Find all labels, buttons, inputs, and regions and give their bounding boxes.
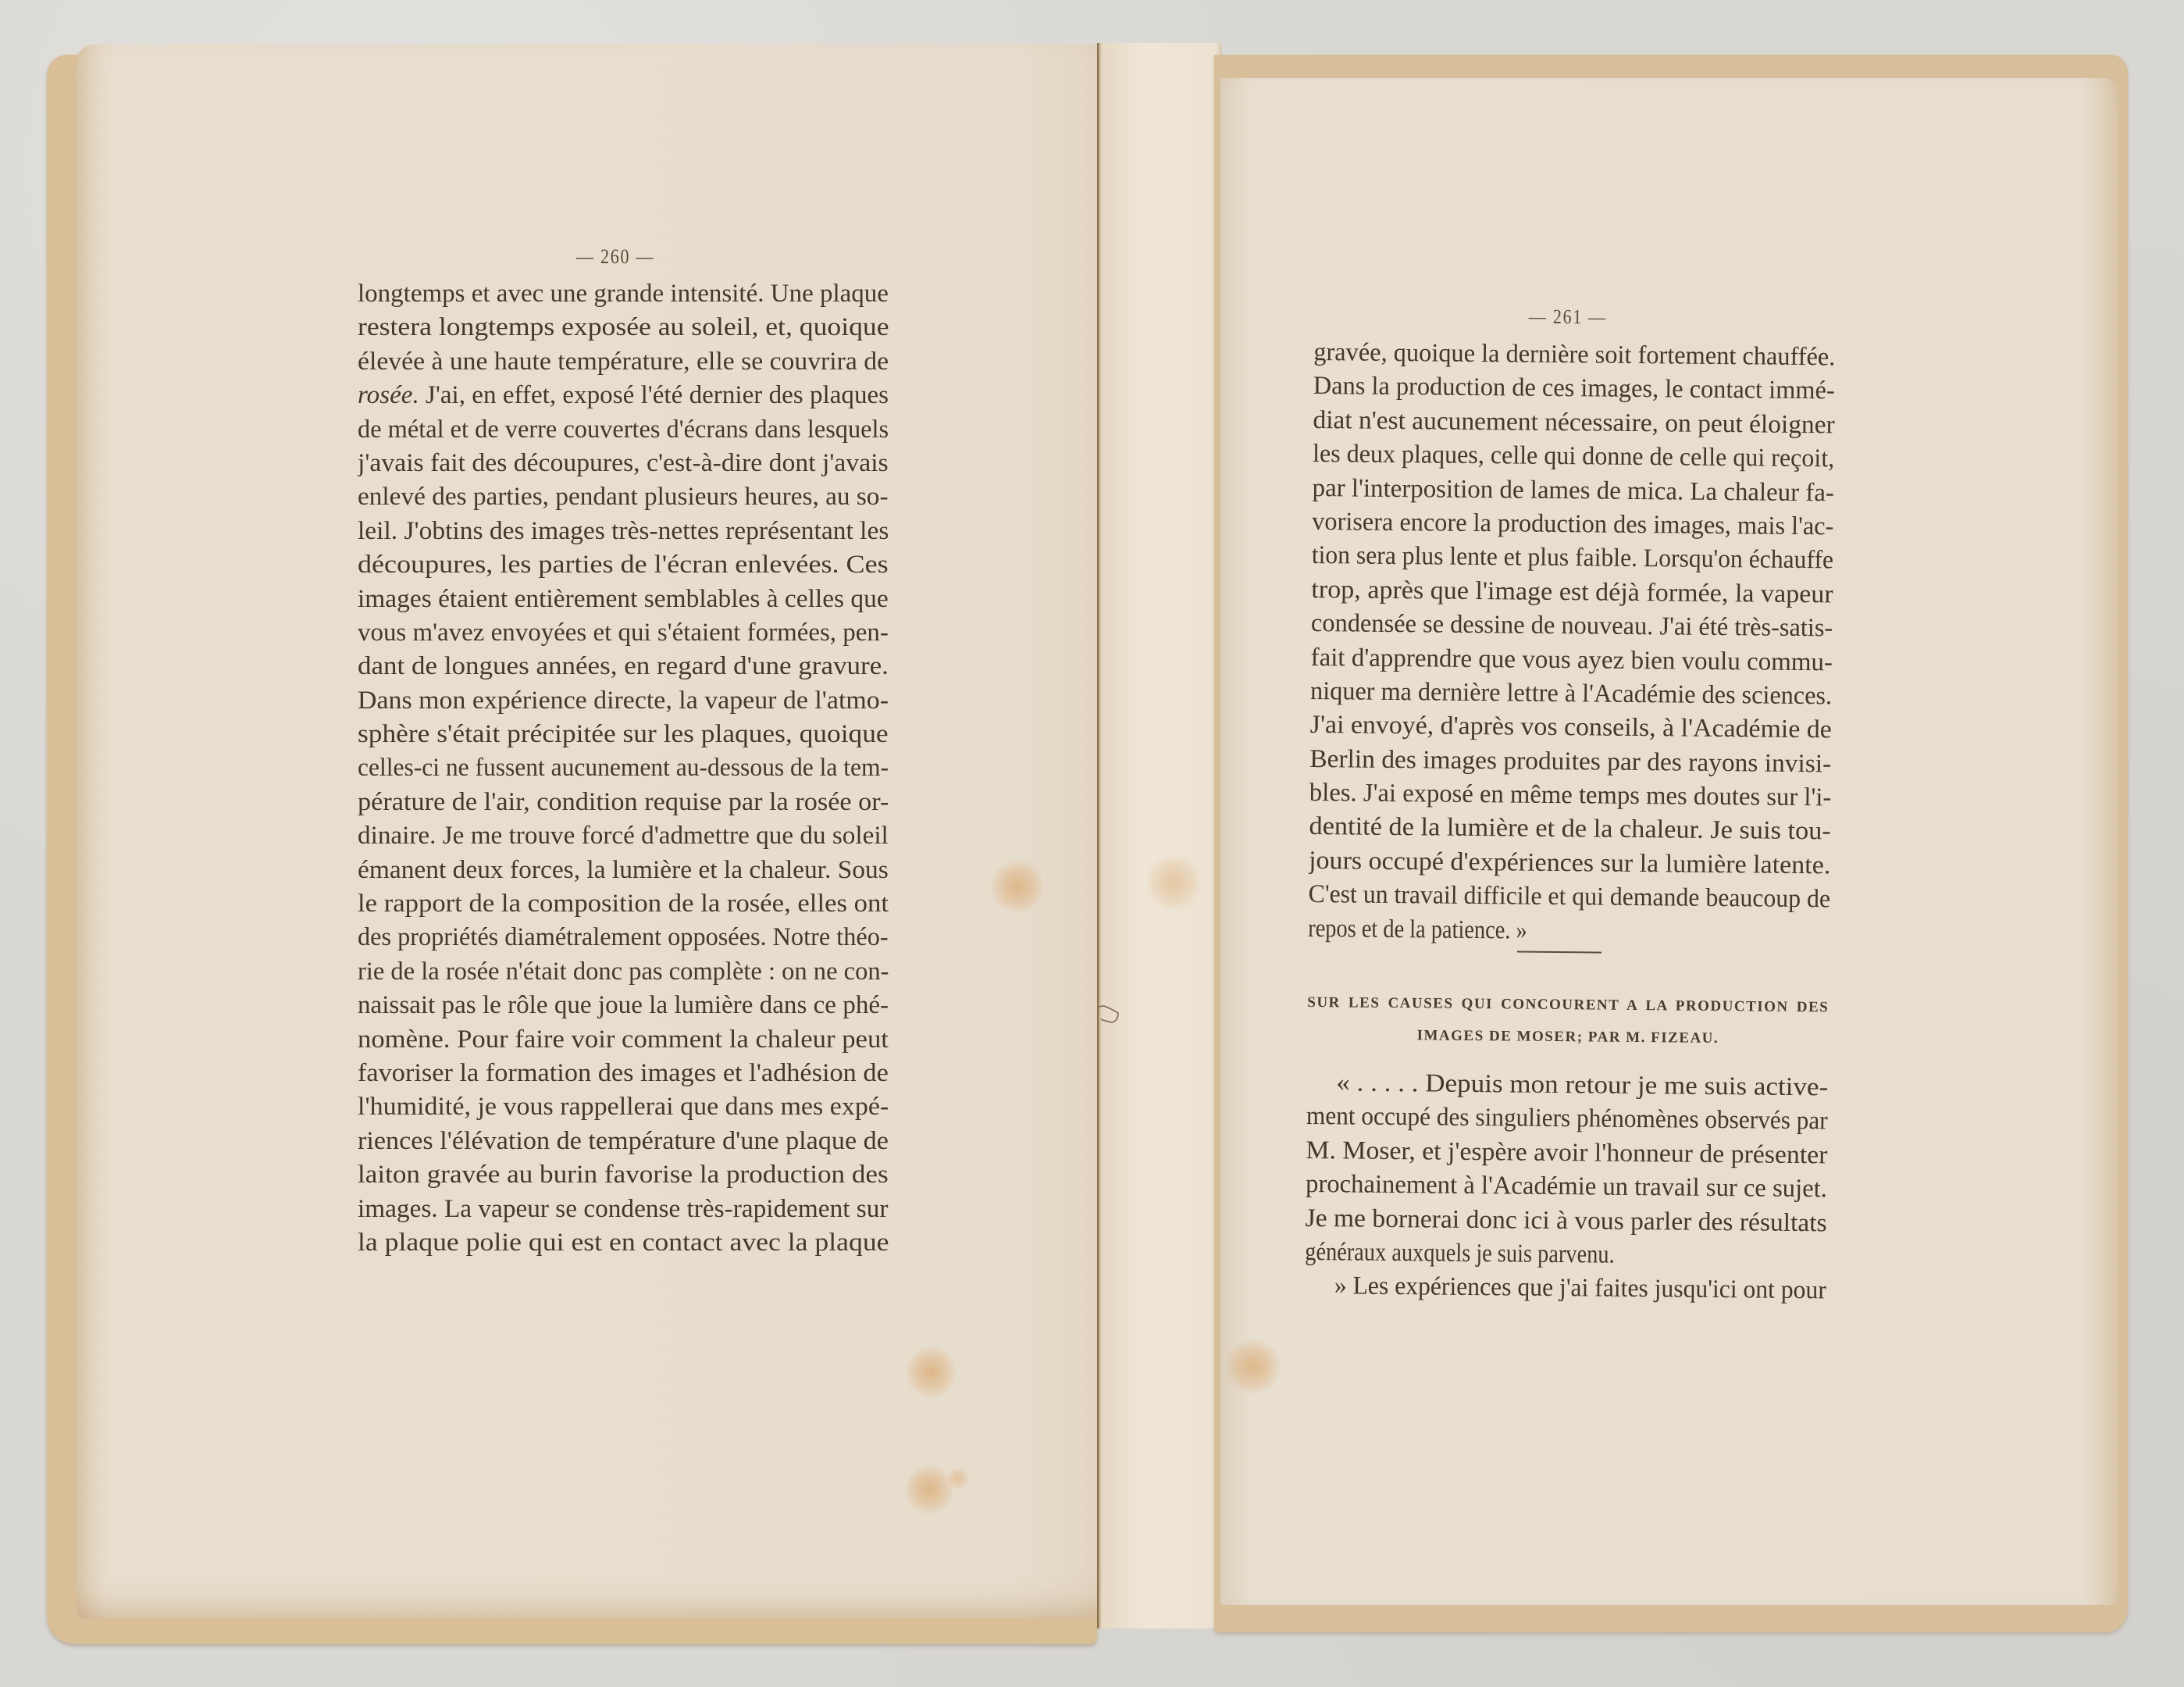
text-line: dentité de la lumière et de la chaleur. …: [1309, 810, 1830, 849]
text-line: images étaient entièrement semblables à …: [358, 583, 889, 616]
page-number-right: — 261 —: [1529, 305, 1608, 330]
text-line: Dans la production de ces images, le con…: [1313, 369, 1835, 408]
text-line-with-italic: rosée. J'ai, en effet, exposé l'été dern…: [358, 379, 889, 412]
text-line: trop, après que l'image est déjà formée,…: [1311, 573, 1833, 612]
text-line: M. Moser, et j'espère avoir l'honneur de…: [1306, 1134, 1827, 1173]
text-line: « . . . . . Depuis mon retour je me suis…: [1306, 1066, 1828, 1105]
text-line: laiton gravée au burin favorise la produ…: [358, 1158, 889, 1192]
text-line: l'humidité, je vous rappellerai que dans…: [358, 1090, 889, 1124]
text-line: émanent deux forces, la lumière et la ch…: [358, 854, 889, 887]
text-line: Je me bornerai donc ici à vous parler de…: [1305, 1202, 1826, 1241]
text-line: niquer ma dernière lettre à l'Académie d…: [1310, 675, 1832, 714]
text-line: » Les expériences que j'ai faites jusqu'…: [1305, 1269, 1826, 1308]
text-line: des propriétés diamétralement opposées. …: [358, 921, 889, 954]
right-page-content: — 261 — gravée, quoique la dernière soit…: [1305, 297, 1837, 1317]
section-heading-line-1: SUR LES CAUSES QUI CONCOURENT A LA PRODU…: [1307, 994, 1829, 1016]
text-line: leil. J'obtins des images très-nettes re…: [358, 515, 889, 548]
text-line-rest: J'ai, en effet, exposé l'été dernier des…: [419, 381, 889, 409]
text-line: élevée à une haute température, elle se …: [358, 345, 889, 379]
section-heading-line-2: IMAGES DE MOSER; PAR M. FIZEAU.: [1307, 1026, 1829, 1048]
foxing-stain: [906, 1462, 953, 1517]
text-line: le rapport de la composition de la rosée…: [358, 887, 889, 921]
text-line: dant de longues années, en regard d'une …: [358, 650, 889, 683]
text-line: la plaque polie qui est en contact avec …: [358, 1226, 889, 1260]
text-line: prochainement à l'Académie un travail su…: [1306, 1168, 1827, 1207]
right-page-body: gravée, quoique la dernière soit forteme…: [1308, 336, 1835, 950]
text-line: condensée se dessine de nouveau. J'ai ét…: [1311, 607, 1833, 646]
text-line: C'est un travail difficile et qui demand…: [1308, 878, 1830, 917]
section-separator-rule: [1517, 951, 1601, 954]
text-line: sphère s'était précipitée sur les plaque…: [358, 718, 889, 751]
text-line: tion sera plus lente et plus faible. Lor…: [1312, 539, 1833, 578]
section-body: « . . . . . Depuis mon retour je me suis…: [1305, 1066, 1829, 1308]
left-page-body: longtemps et avec une grande intensité. …: [358, 277, 889, 1260]
text-line: celles-ci ne fussent aucunement au-desso…: [358, 751, 889, 785]
text-line: pérature de l'air, condition requise par…: [358, 786, 889, 819]
text-line: images. La vapeur se condense très-rapid…: [358, 1193, 889, 1226]
text-line: jours occupé d'expériences sur la lumièr…: [1309, 844, 1830, 883]
page-number-left: — 260 —: [576, 245, 654, 269]
text-line: de métal et de verre couvertes d'écrans …: [358, 413, 889, 447]
foxing-stain: [946, 1467, 970, 1490]
text-line: généraux auxquels je suis parvenu.: [1305, 1236, 1826, 1275]
text-line: dinaire. Je me trouve forcé d'admettre q…: [358, 819, 889, 853]
text-line: rie de la rosée n'était donc pas complèt…: [358, 955, 889, 989]
text-line: gravée, quoique la dernière soit forteme…: [1313, 336, 1835, 375]
text-line: enlevé des parties, pendant plusieurs he…: [358, 480, 889, 514]
text-line: naissait pas le rôle que joue la lumière…: [358, 989, 889, 1022]
text-line: découpures, les parties de l'écran enlev…: [358, 548, 889, 582]
text-line: les deux plaques, celle qui donne de cel…: [1313, 437, 1834, 476]
text-line: longtemps et avec une grande intensité. …: [358, 277, 889, 311]
binding-thread-icon: [1096, 1004, 1120, 1027]
text-line: riences l'élévation de température d'une…: [358, 1125, 889, 1158]
text-line: repos et de la patience. »: [1308, 912, 1830, 951]
text-line: j'avais fait des découpures, c'est-à-dir…: [358, 447, 889, 480]
text-line: vorisera encore la production des images…: [1312, 505, 1833, 544]
text-line: Berlin des images produites par des rayo…: [1309, 743, 1831, 782]
text-line: nomène. Pour faire voir comment la chale…: [358, 1023, 889, 1057]
text-line: vous m'avez envoyées et qui s'étaient fo…: [358, 616, 889, 650]
text-line: ment occupé des singuliers phénomènes ob…: [1306, 1100, 1828, 1139]
text-line: bles. J'ai exposé en même temps mes dout…: [1309, 776, 1831, 815]
text-line: favoriser la formation des images et l'a…: [358, 1057, 889, 1090]
foxing-stain: [1226, 1337, 1281, 1396]
foxing-stain: [906, 1345, 957, 1400]
text-line: Dans mon expérience directe, la vapeur d…: [358, 684, 889, 718]
text-line: par l'interposition de lames de mica. La…: [1312, 472, 1833, 511]
italic-word: rosée.: [358, 381, 419, 409]
text-line: diat n'est aucunement nécessaire, on peu…: [1313, 404, 1834, 443]
text-line: fait d'apprendre que vous ayez bien voul…: [1310, 640, 1832, 679]
text-line: restera longtemps exposée au soleil, et,…: [358, 311, 889, 344]
foxing-stain: [1144, 855, 1202, 910]
text-line: J'ai envoyé, d'après vos conseils, à l'A…: [1310, 708, 1832, 747]
book-gutter-spine: [1097, 43, 1222, 1628]
foxing-stain: [990, 859, 1045, 914]
